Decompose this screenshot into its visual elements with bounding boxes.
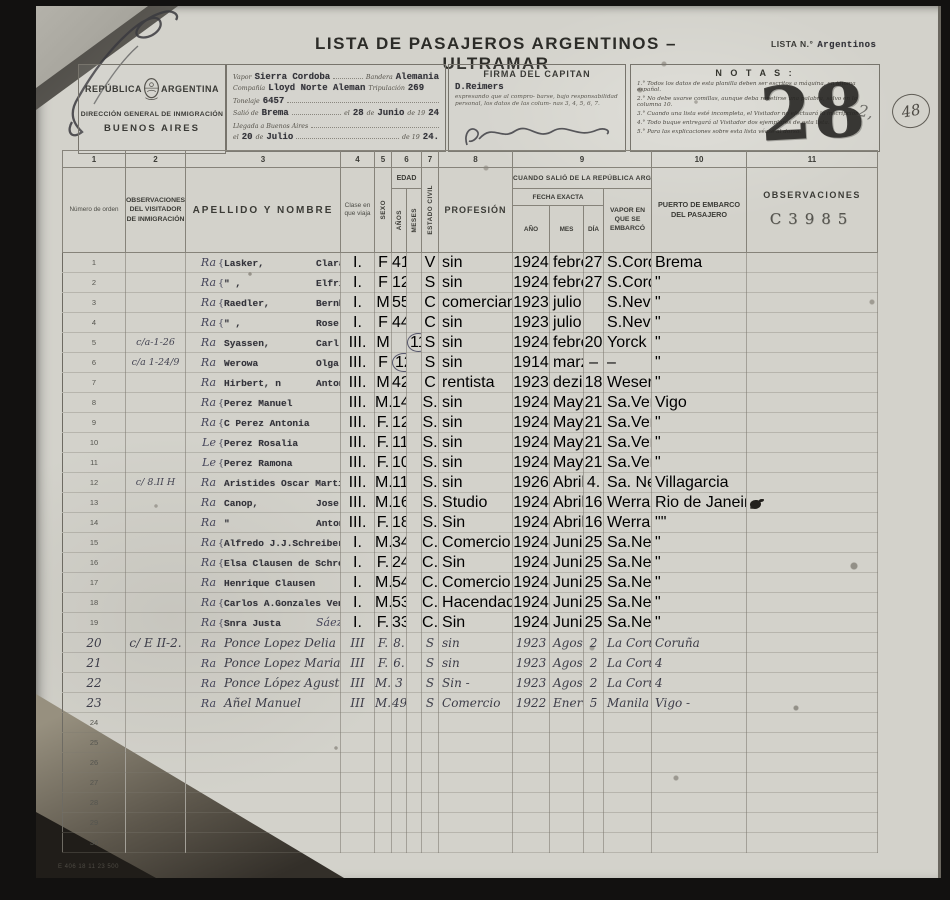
cell-visitor-observation bbox=[126, 493, 186, 513]
cell-meses bbox=[407, 353, 422, 373]
colnum-3: 3 bbox=[186, 151, 341, 168]
cell-clase bbox=[341, 753, 375, 773]
cell-dia: – bbox=[584, 353, 604, 373]
cell-puerto: "" bbox=[652, 513, 747, 533]
cell-ano: 1924 bbox=[513, 533, 550, 553]
cell-mes: Mayo bbox=[550, 433, 584, 453]
cell-sexo: M. bbox=[375, 573, 392, 593]
cell-dia bbox=[584, 713, 604, 733]
cell-mes: julio bbox=[550, 293, 584, 313]
cell-visitor-observation bbox=[126, 673, 186, 693]
table-row: 16Ra{Elsa Clausen de SchreiberI.F.24C.Si… bbox=[63, 553, 878, 573]
cell-vapor: S.Nevada bbox=[604, 293, 652, 313]
cell-puerto bbox=[652, 733, 747, 753]
salio-puerto: Brema bbox=[262, 108, 289, 118]
cell-mes: deziembre bbox=[550, 373, 584, 393]
cell-ano: 1922 bbox=[513, 693, 550, 713]
cell-puerto: " bbox=[652, 433, 747, 453]
cell-anos bbox=[392, 753, 407, 773]
cell-row-number: 16 bbox=[63, 553, 126, 573]
cell-ano bbox=[513, 733, 550, 753]
cell-puerto: " bbox=[652, 333, 747, 353]
cell-name: Ra{C Perez Antonia bbox=[186, 413, 341, 433]
tonelaje-value: 6457 bbox=[263, 96, 285, 106]
cell-visitor-observation bbox=[126, 733, 186, 753]
cell-name: RaPonce López Agustin bbox=[186, 673, 341, 693]
cell-anos: 54 bbox=[392, 573, 407, 593]
cell-row-number: 29 bbox=[63, 813, 126, 833]
header-anos: AÑOS bbox=[392, 189, 407, 253]
cell-ano: 1924 bbox=[513, 553, 550, 573]
cell-dia bbox=[584, 793, 604, 813]
cell-dia: 5 bbox=[584, 693, 604, 713]
cell-dia: 25 bbox=[584, 533, 604, 553]
cell-prof: sin bbox=[439, 393, 513, 413]
cell-dia: 2 bbox=[584, 633, 604, 653]
cell-puerto: 4 bbox=[652, 653, 747, 673]
cell-name: RaCanop,Jose bbox=[186, 493, 341, 513]
salio-label: Salió de bbox=[233, 110, 259, 117]
cell-prof: sin bbox=[439, 333, 513, 353]
cell-anos bbox=[392, 773, 407, 793]
cell-obs bbox=[747, 433, 878, 453]
cell-row-number: 12 bbox=[63, 473, 126, 493]
cell-row-number: 15 bbox=[63, 533, 126, 553]
cell-anos: 49 bbox=[392, 693, 407, 713]
colnum-6: 6 bbox=[392, 151, 422, 168]
cell-dia: 2 bbox=[584, 653, 604, 673]
cell-obs bbox=[747, 413, 878, 433]
cell-ano: 1926 bbox=[513, 473, 550, 493]
cell-dia bbox=[584, 313, 604, 333]
table-row: 14Ra"AntoniaIII.F.18S.Sin1924Abril16Werr… bbox=[63, 513, 878, 533]
cell-puerto: " bbox=[652, 593, 747, 613]
cell-meses bbox=[407, 453, 422, 473]
cell-sexo: F. bbox=[375, 633, 392, 653]
cell-prof bbox=[439, 773, 513, 793]
header-dia: DÍA bbox=[584, 206, 604, 253]
cell-dia: 21 bbox=[584, 413, 604, 433]
cell-vapor: Sa.Nevada bbox=[604, 613, 652, 633]
cell-anos: 33 bbox=[392, 613, 407, 633]
cell-puerto bbox=[652, 813, 747, 833]
cell-prof: sin bbox=[439, 413, 513, 433]
cell-prof: rentista bbox=[439, 373, 513, 393]
cell-anos: 10 bbox=[392, 453, 407, 473]
table-row: 10Le{Perez RosaliaIII.F.11S.sin1924Mayo2… bbox=[63, 433, 878, 453]
cell-row-number: 14 bbox=[63, 513, 126, 533]
cell-sexo: M. bbox=[375, 673, 392, 693]
cell-prof: sin bbox=[439, 353, 513, 373]
cell-vapor: Weser bbox=[604, 373, 652, 393]
cell-puerto: " bbox=[652, 553, 747, 573]
cell-dia: 20 bbox=[584, 333, 604, 353]
list-number: LISTA N.°Argentinos bbox=[771, 39, 876, 50]
cell-prof: Sin bbox=[439, 513, 513, 533]
cell-anos bbox=[392, 733, 407, 753]
cell-name bbox=[186, 713, 341, 733]
cell-sexo bbox=[375, 773, 392, 793]
cell-estado bbox=[422, 793, 439, 813]
cell-name bbox=[186, 773, 341, 793]
cell-puerto: " bbox=[652, 533, 747, 553]
cell-meses bbox=[407, 673, 422, 693]
cell-prof: Comercio bbox=[439, 533, 513, 553]
table-row: 26 bbox=[63, 753, 878, 773]
cell-puerto: " bbox=[652, 413, 747, 433]
cell-row-number: 27 bbox=[63, 773, 126, 793]
cell-anos bbox=[392, 833, 407, 853]
cell-visitor-observation bbox=[126, 833, 186, 853]
cell-estado: S. bbox=[422, 413, 439, 433]
cell-prof: Hacendado bbox=[439, 593, 513, 613]
cell-visitor-observation bbox=[126, 693, 186, 713]
cell-puerto: " bbox=[652, 453, 747, 473]
cell-estado: S bbox=[422, 333, 439, 353]
cell-mes bbox=[550, 713, 584, 733]
header-clase: Clase en que viaja bbox=[341, 168, 375, 253]
cell-dia: 25 bbox=[584, 553, 604, 573]
colnum-5: 5 bbox=[375, 151, 392, 168]
cell-vapor: La Coruña bbox=[604, 633, 652, 653]
cell-row-number: 19 bbox=[63, 613, 126, 633]
cell-estado: C bbox=[422, 293, 439, 313]
header-vapor-embarco: VAPOR EN QUE SE EMBARCÓ bbox=[604, 189, 652, 253]
header-ano: AÑO bbox=[513, 206, 550, 253]
cell-meses bbox=[407, 513, 422, 533]
cell-sexo: F. bbox=[375, 553, 392, 573]
captain-signature-box: FIRMA DEL CAPITAN D.Reimers expresando q… bbox=[448, 64, 626, 152]
cell-sexo bbox=[375, 793, 392, 813]
captain-smallprint-1: expresando que al compro- bbox=[455, 94, 535, 100]
colnum-9: 9 bbox=[513, 151, 652, 168]
cell-prof: sin bbox=[439, 653, 513, 673]
cell-anos: 55 bbox=[392, 293, 407, 313]
org-buenos-aires: BUENOS AIRES bbox=[79, 123, 225, 134]
cell-anos: 18 bbox=[392, 513, 407, 533]
cell-ano: 1924 bbox=[513, 493, 550, 513]
cell-estado: S bbox=[422, 693, 439, 713]
cell-prof: Comercio bbox=[439, 573, 513, 593]
cell-meses bbox=[407, 693, 422, 713]
header-apellido-nombre: APELLIDO Y NOMBRE bbox=[186, 168, 341, 253]
cell-obs bbox=[747, 753, 878, 773]
cell-obs bbox=[747, 813, 878, 833]
cell-obs bbox=[747, 733, 878, 753]
cell-clase bbox=[341, 833, 375, 853]
cell-anos: 34 bbox=[392, 533, 407, 553]
cell-prof: Sin - bbox=[439, 673, 513, 693]
table-row: 2Ra{" ,ElfriedoI.F12Ssin1924febrero27S.C… bbox=[63, 273, 878, 293]
cell-estado: C. bbox=[422, 573, 439, 593]
cell-ano: 1923 bbox=[513, 633, 550, 653]
cell-visitor-observation bbox=[126, 573, 186, 593]
cell-ano: 1924 bbox=[513, 613, 550, 633]
cell-obs bbox=[747, 313, 878, 333]
table-row: 1Ra{Lasker,ClaraI.F41Vsin1924febrero27S.… bbox=[63, 253, 878, 273]
cell-mes: Abril bbox=[550, 513, 584, 533]
header-orden: Número de orden bbox=[63, 168, 126, 253]
cell-vapor: Werra bbox=[604, 513, 652, 533]
cell-estado: C. bbox=[422, 533, 439, 553]
colnum-4: 4 bbox=[341, 151, 375, 168]
cell-mes: marzo bbox=[550, 353, 584, 373]
cell-dia: 4. bbox=[584, 473, 604, 493]
cell-dia: 25 bbox=[584, 573, 604, 593]
cell-mes: Enero bbox=[550, 693, 584, 713]
cell-meses bbox=[407, 393, 422, 413]
list-number-stamp: 28 bbox=[758, 67, 869, 158]
cell-puerto: Coruña bbox=[652, 633, 747, 653]
colnum-1: 1 bbox=[63, 151, 126, 168]
ship-details-box: Vapor Sierra Cordoba Bandera Alemania Co… bbox=[226, 64, 446, 152]
coat-of-arms-icon bbox=[142, 75, 161, 103]
cell-prof: sin bbox=[439, 253, 513, 273]
cell-clase: III bbox=[341, 693, 375, 713]
captain-signature-icon bbox=[457, 117, 617, 151]
cell-row-number: 10 bbox=[63, 433, 126, 453]
cell-ano bbox=[513, 813, 550, 833]
cell-puerto: Villagarcia bbox=[652, 473, 747, 493]
cell-anos: 41 bbox=[392, 253, 407, 273]
cell-name: Ra{Perez Manuel bbox=[186, 393, 341, 413]
header-cuando-salio: CUANDO SALIÓ DE LA REPÚBLICA ARGENTINA bbox=[513, 168, 652, 189]
cell-anos: 3 bbox=[392, 673, 407, 693]
cell-clase: III bbox=[341, 653, 375, 673]
cell-prof bbox=[439, 733, 513, 753]
cell-row-number: 25 bbox=[63, 733, 126, 753]
cell-mes: julio bbox=[550, 313, 584, 333]
header-edad: EDAD bbox=[392, 168, 422, 189]
cell-row-number: 5 bbox=[63, 333, 126, 353]
cell-vapor bbox=[604, 773, 652, 793]
cell-name: RaAñel Manuel bbox=[186, 693, 341, 713]
cell-meses bbox=[407, 313, 422, 333]
table-header: 1 2 3 4 5 6 7 8 9 10 11 Número de orden … bbox=[63, 151, 878, 253]
cell-anos: 42 bbox=[392, 373, 407, 393]
cell-estado: S bbox=[422, 673, 439, 693]
cell-clase: I. bbox=[341, 273, 375, 293]
cell-estado bbox=[422, 773, 439, 793]
de-label: de bbox=[367, 110, 375, 117]
cell-dia: 25 bbox=[584, 593, 604, 613]
cell-estado: C bbox=[422, 373, 439, 393]
llegada-mes: Julio bbox=[266, 132, 293, 142]
table-row: 24 bbox=[63, 713, 878, 733]
document-paper: LISTA DE PASAJEROS ARGENTINOS – ULTRAMAR… bbox=[36, 6, 941, 878]
table-row: 22RaPonce López AgustinIIIM.3SSin -1923A… bbox=[63, 673, 878, 693]
cell-meses bbox=[407, 773, 422, 793]
table-row: 9Ra{C Perez AntoniaIII.F.12S.sin1924Mayo… bbox=[63, 413, 878, 433]
cell-row-number: 4 bbox=[63, 313, 126, 333]
cell-mes bbox=[550, 833, 584, 853]
cell-puerto: " bbox=[652, 313, 747, 333]
cell-prof: comerciante bbox=[439, 293, 513, 313]
cell-estado bbox=[422, 733, 439, 753]
cell-meses bbox=[407, 713, 422, 733]
cell-sexo: M. bbox=[375, 533, 392, 553]
cell-obs bbox=[747, 693, 878, 713]
cell-estado: C. bbox=[422, 553, 439, 573]
cell-ano bbox=[513, 773, 550, 793]
org-argentina: ARGENTINA bbox=[161, 84, 219, 94]
cell-dia: 21 bbox=[584, 433, 604, 453]
cell-visitor-observation bbox=[126, 593, 186, 613]
cell-vapor: Sa.Nevada bbox=[604, 553, 652, 573]
cell-visitor-observation bbox=[126, 373, 186, 393]
cell-ano bbox=[513, 713, 550, 733]
cell-prof: Studio bbox=[439, 493, 513, 513]
cell-prof: Sin bbox=[439, 613, 513, 633]
cell-visitor-observation bbox=[126, 253, 186, 273]
cell-anos: 6. bbox=[392, 653, 407, 673]
table-row: 19Ra{Snra JustaSáez ,,I.F.33C.Sin1924Jun… bbox=[63, 613, 878, 633]
cell-clase bbox=[341, 793, 375, 813]
cell-row-number: 18 bbox=[63, 593, 126, 613]
cell-mes: Junio bbox=[550, 573, 584, 593]
cell-clase: I. bbox=[341, 293, 375, 313]
cell-anos: 12 bbox=[392, 353, 407, 373]
cell-estado bbox=[422, 833, 439, 853]
cell-sexo bbox=[375, 753, 392, 773]
captain-title: FIRMA DEL CAPITAN bbox=[455, 69, 619, 79]
cell-dia bbox=[584, 833, 604, 853]
cell-anos bbox=[392, 713, 407, 733]
cell-sexo: F. bbox=[375, 413, 392, 433]
cell-row-number: 23 bbox=[63, 693, 126, 713]
cell-row-number: 9 bbox=[63, 413, 126, 433]
cell-anos: 16 bbox=[392, 493, 407, 513]
cell-puerto bbox=[652, 793, 747, 813]
cell-dia: 21 bbox=[584, 393, 604, 413]
cell-vapor: Sa.Ventana bbox=[604, 413, 652, 433]
de19-label: de 19 bbox=[407, 110, 425, 117]
cell-estado bbox=[422, 813, 439, 833]
cell-mes: Junio bbox=[550, 553, 584, 573]
cell-vapor: Werra bbox=[604, 493, 652, 513]
table-row: 29 bbox=[63, 813, 878, 833]
issuing-agency-box: REPÚBLICA ARGENTINA DIRECCIÓN GENERAL DE… bbox=[78, 64, 226, 154]
cell-name: RaPonce Lopez Maria Isabel bbox=[186, 653, 341, 673]
cell-clase: III. bbox=[341, 373, 375, 393]
cell-name: Ra{" ,Rose bbox=[186, 313, 341, 333]
cell-ano: 1924 bbox=[513, 573, 550, 593]
cell-name bbox=[186, 733, 341, 753]
header-meses: MESES bbox=[407, 189, 422, 253]
cell-dia: 18 bbox=[584, 373, 604, 393]
cell-dia: 2 bbox=[584, 673, 604, 693]
colnum-10: 10 bbox=[652, 151, 747, 168]
cell-obs bbox=[747, 493, 878, 513]
cell-anos bbox=[392, 793, 407, 813]
cell-puerto: " bbox=[652, 273, 747, 293]
table-row: 8Ra{Perez ManuelIII.M.14S.sin1924Mayo21S… bbox=[63, 393, 878, 413]
cell-dia: 21 bbox=[584, 453, 604, 473]
cell-mes: febrero bbox=[550, 333, 584, 353]
cell-clase: III. bbox=[341, 393, 375, 413]
cell-name: Ra{Raedler,Bernhard bbox=[186, 293, 341, 313]
cell-obs bbox=[747, 473, 878, 493]
cell-ano bbox=[513, 753, 550, 773]
cell-dia bbox=[584, 753, 604, 773]
cell-estado: S. bbox=[422, 453, 439, 473]
cell-visitor-observation bbox=[126, 553, 186, 573]
cell-prof bbox=[439, 793, 513, 813]
cell-obs bbox=[747, 533, 878, 553]
header-profesion: PROFESIÓN bbox=[439, 168, 513, 253]
cell-obs bbox=[747, 513, 878, 533]
cell-name: RaSyassen,Carl-Heinr. bbox=[186, 333, 341, 353]
cell-vapor: S.Nevada bbox=[604, 313, 652, 333]
cell-prof bbox=[439, 813, 513, 833]
cell-estado: S bbox=[422, 273, 439, 293]
cell-ano: 1924 bbox=[513, 333, 550, 353]
bandera-value: Alemania bbox=[396, 72, 439, 82]
cell-dia bbox=[584, 733, 604, 753]
table-row: 6c/a 1-24/9RaWerowaOlgaIII.F12Ssin1914ma… bbox=[63, 353, 878, 373]
cell-sexo: M. bbox=[375, 393, 392, 413]
cell-meses bbox=[407, 833, 422, 853]
cell-clase bbox=[341, 813, 375, 833]
cell-ano: 1923 bbox=[513, 673, 550, 693]
cell-meses bbox=[407, 273, 422, 293]
cell-puerto: " bbox=[652, 573, 747, 593]
colnum-8: 8 bbox=[439, 151, 513, 168]
cell-sexo: F bbox=[375, 253, 392, 273]
cell-sexo: M bbox=[375, 333, 392, 353]
cell-row-number: 8 bbox=[63, 393, 126, 413]
cell-name bbox=[186, 833, 341, 853]
table-row: 15Ra{Alfredo J.J.SchreiberI.M.34C.Comerc… bbox=[63, 533, 878, 553]
cell-mes: Agosto bbox=[550, 653, 584, 673]
cell-sexo: F. bbox=[375, 453, 392, 473]
cell-sexo: F. bbox=[375, 613, 392, 633]
cell-clase: I. bbox=[341, 253, 375, 273]
cell-clase: III. bbox=[341, 433, 375, 453]
cell-visitor-observation bbox=[126, 653, 186, 673]
cell-meses bbox=[407, 653, 422, 673]
cell-sexo: F. bbox=[375, 653, 392, 673]
cell-obs bbox=[747, 353, 878, 373]
table-row: 7RaHirbert, nAntonioIII.M42Crentista1923… bbox=[63, 373, 878, 393]
vapor-value: Sierra Cordoba bbox=[255, 72, 331, 82]
cell-sexo bbox=[375, 713, 392, 733]
cell-clase: III. bbox=[341, 493, 375, 513]
cell-sexo: M. bbox=[375, 693, 392, 713]
cell-ano: 1923 bbox=[513, 293, 550, 313]
cell-prof: Comercio bbox=[439, 693, 513, 713]
cell-meses bbox=[407, 433, 422, 453]
cell-name: Ra{Elsa Clausen de Schreiber bbox=[186, 553, 341, 573]
cell-clase: III bbox=[341, 633, 375, 653]
cell-prof: sin bbox=[439, 313, 513, 333]
cell-obs bbox=[747, 653, 878, 673]
header-observaciones-label: OBSERVACIONES bbox=[747, 190, 877, 200]
cell-puerto bbox=[652, 833, 747, 853]
table-row: 3Ra{Raedler,BernhardI.M55Ccomerciante192… bbox=[63, 293, 878, 313]
cell-puerto bbox=[652, 753, 747, 773]
cell-dia: 25 bbox=[584, 613, 604, 633]
cell-mes: Abril bbox=[550, 493, 584, 513]
cell-sexo bbox=[375, 833, 392, 853]
cell-name: Le{Perez Ramona bbox=[186, 453, 341, 473]
cell-clase: III. bbox=[341, 453, 375, 473]
handwritten-2-annotation: 2, bbox=[856, 101, 874, 122]
cell-ano: 1923 bbox=[513, 313, 550, 333]
cell-visitor-observation bbox=[126, 813, 186, 833]
cell-row-number: 1 bbox=[63, 253, 126, 273]
cell-sexo: F bbox=[375, 313, 392, 333]
